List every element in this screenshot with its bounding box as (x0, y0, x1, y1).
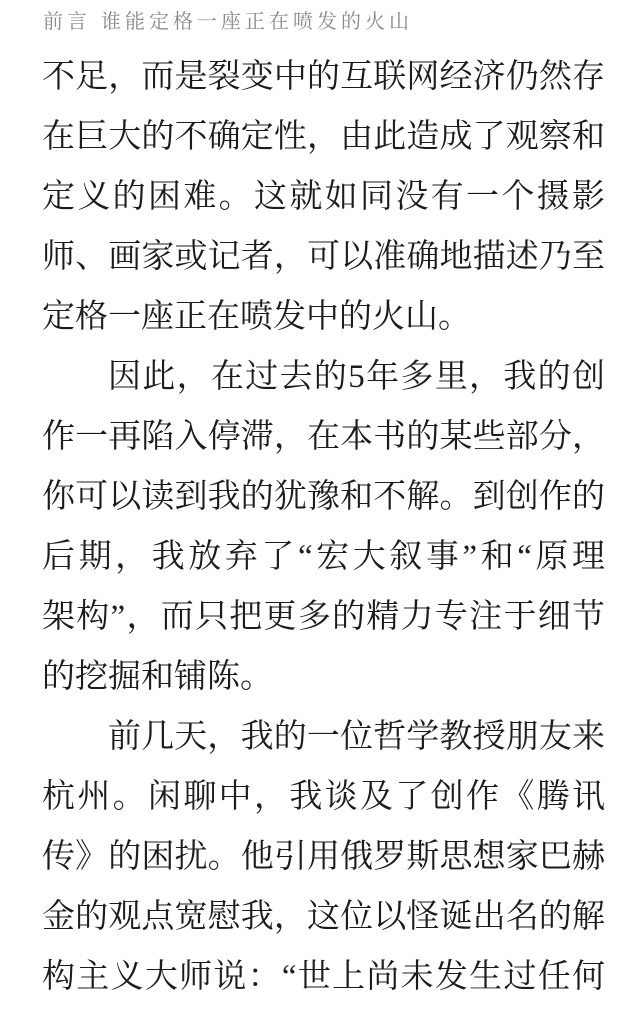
paragraph-3: 前几天，我的一位哲学教授朋友来 杭州。闲聊中，我谈及了创作《腾讯 传》的困扰。他… (42, 707, 605, 1007)
text-line: 不足，而是裂变中的互联网经济仍然存 (42, 47, 605, 107)
text-line: 你可以读到我的犹豫和不解。到创作的 (42, 467, 605, 527)
text-line: 作一再陷入停滞，在本书的某些部分， (42, 407, 605, 467)
text-line: 金的观点宽慰我，这位以怪诞出名的解 (42, 887, 605, 947)
page-body: 不足，而是裂变中的互联网经济仍然存 在巨大的不确定性，由此造成了观察和 定义的困… (42, 47, 605, 1007)
text-line: 构主义大师说：“世上尚未发生过任何 (42, 947, 605, 1007)
text-line: 传》的困扰。他引用俄罗斯思想家巴赫 (42, 827, 605, 887)
text-line: 定格一座正在喷发中的火山。 (42, 287, 605, 347)
text-line: 前几天，我的一位哲学教授朋友来 (42, 707, 605, 767)
text-line: 在巨大的不确定性，由此造成了观察和 (42, 107, 605, 167)
running-header: 前言谁能定格一座正在喷发的火山 (43, 9, 413, 33)
text-line: 定义的困难。这就如同没有一个摄影 (42, 167, 605, 227)
text-line: 后期，我放弃了“宏大叙事”和“原理 (42, 527, 605, 587)
paragraph-2: 因此，在过去的5年多里，我的创 作一再陷入停滞，在本书的某些部分， 你可以读到我… (42, 347, 605, 707)
paragraph-1: 不足，而是裂变中的互联网经济仍然存 在巨大的不确定性，由此造成了观察和 定义的困… (42, 47, 605, 347)
header-chapter-title: 谁能定格一座正在喷发的火山 (101, 9, 413, 33)
text-line: 的挖掘和铺陈。 (42, 647, 605, 707)
text-line: 架构”，而只把更多的精力专注于细节 (42, 587, 605, 647)
text-line: 师、画家或记者，可以准确地描述乃至 (42, 227, 605, 287)
header-section-label: 前言 (43, 9, 91, 33)
text-line: 因此，在过去的5年多里，我的创 (42, 347, 605, 407)
text-line: 杭州。闲聊中，我谈及了创作《腾讯 (42, 767, 605, 827)
